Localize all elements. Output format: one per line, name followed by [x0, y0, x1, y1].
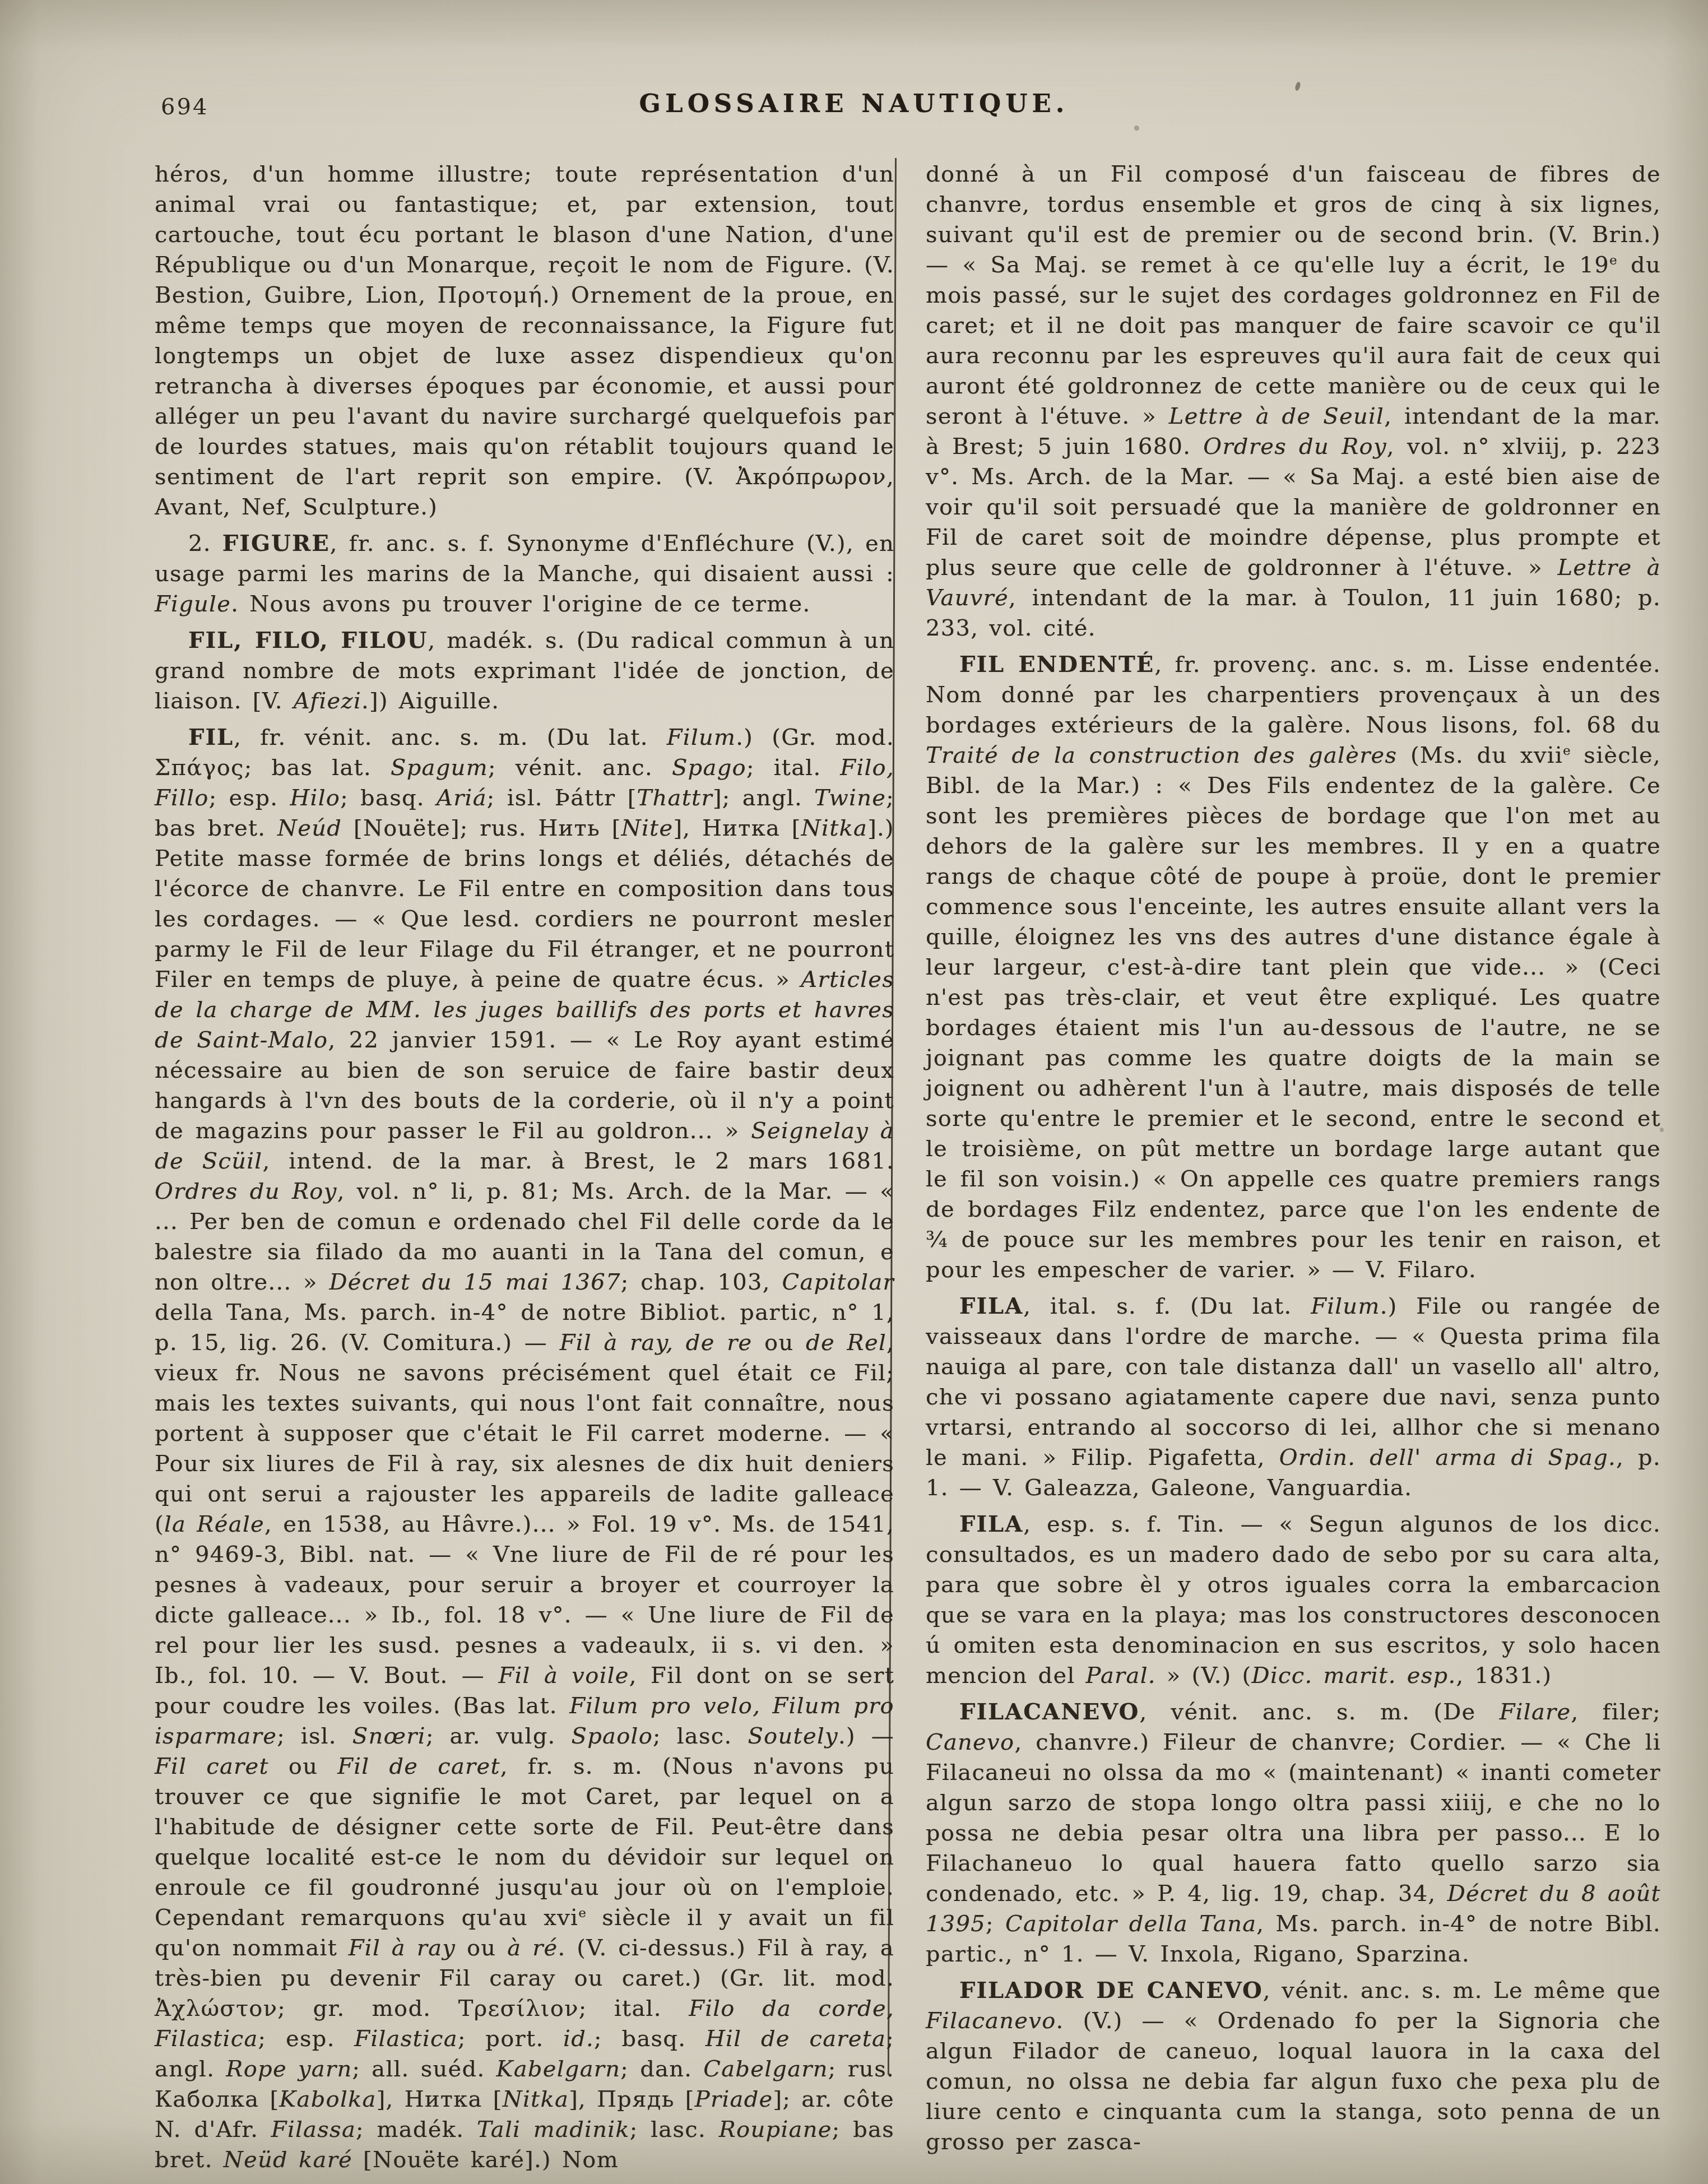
scan-speck	[1660, 1128, 1664, 1132]
entry-fila-ital: FILA, ital. s. f. (Du lat. Filum.) File …	[926, 1291, 1661, 1503]
entry-filacanevo: FILACANEVO, vénit. anc. s. m. (De Filare…	[926, 1697, 1661, 1969]
entry-fil-filo-filou: FIL, FILO, FILOU, madék. s. (Du radical …	[155, 625, 894, 716]
entry-fila-esp: FILA, esp. s. f. Tin. — « Segun algunos …	[926, 1509, 1661, 1691]
scan-speck	[1134, 126, 1139, 131]
entry-filador-de-canevo: FILADOR DE CANEVO, vénit. anc. s. m. Le …	[926, 1976, 1661, 2157]
running-head-title: GLOSSAIRE NAUTIQUE.	[0, 89, 1708, 118]
entry-fil-endente: FIL ENDENTÉ, fr. provenç. anc. s. m. Lis…	[926, 650, 1661, 1285]
continuation-heros: héros, d'un homme illustre; toute représ…	[155, 159, 894, 522]
entry-fil: FIL, fr. vénit. anc. s. m. (Du lat. Filu…	[155, 722, 894, 2175]
continuation-fil-caret: donné à un Fil composé d'un faisceau de …	[926, 159, 1661, 643]
text-column-right: donné à un Fil composé d'un faisceau de …	[926, 159, 1661, 2157]
entry-figure-2: 2. FIGURE, fr. anc. s. f. Synonyme d'Enf…	[155, 528, 894, 619]
scanned-book-page: 694 GLOSSAIRE NAUTIQUE. héros, d'un homm…	[0, 0, 1708, 2184]
text-column-left: héros, d'un homme illustre; toute représ…	[155, 159, 894, 2175]
